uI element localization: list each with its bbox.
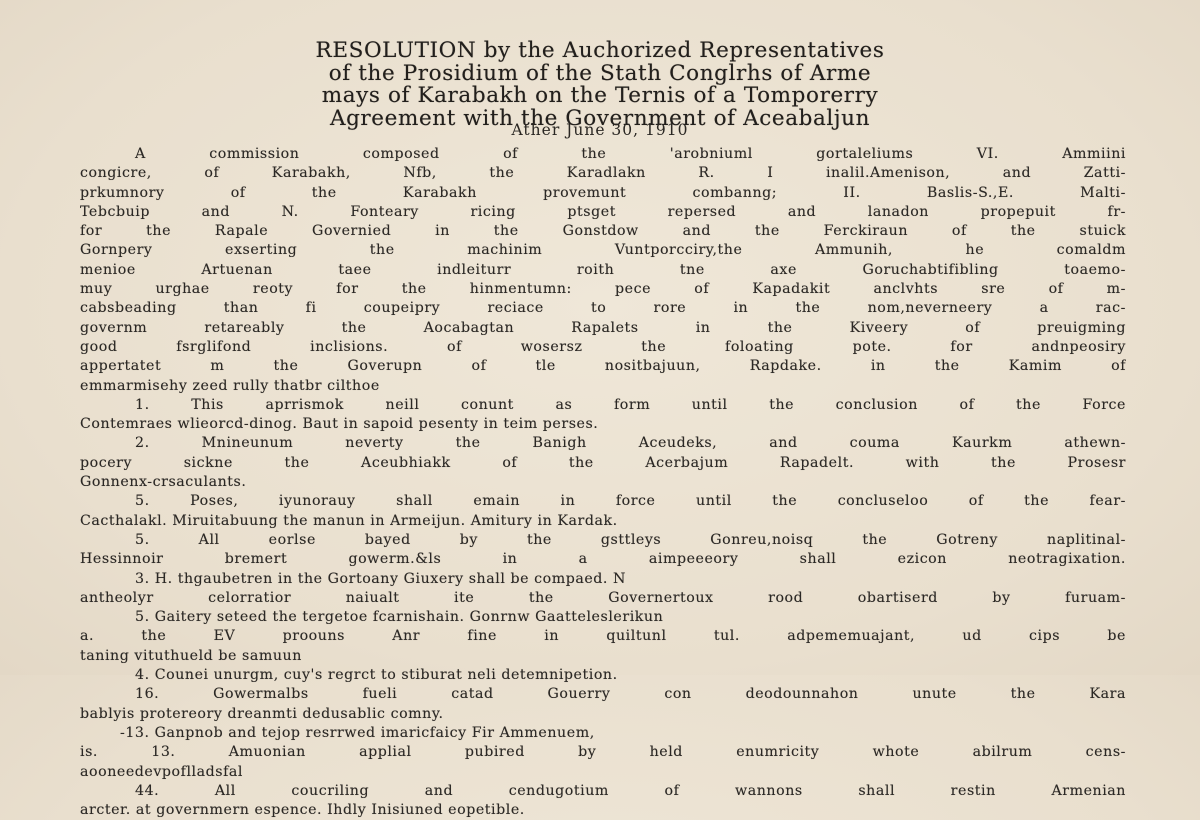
body-line: Hessinnoir bremert gowerm.&ls in a aimpe… (80, 550, 1126, 569)
title-line: mays of Karabakh on the Ternis of a Tomp… (100, 85, 1100, 108)
body-line: prkumnory of the Karabakh provemunt comb… (80, 184, 1126, 203)
document-body: A commission composed of the 'arobniuml … (80, 145, 1126, 675)
title-line: RESOLUTION by the Auchorized Representat… (100, 40, 1100, 63)
body-line: muy urghae reoty for the hinmentumn: pec… (80, 280, 1126, 299)
body-line: Contemraes wlieorcd-dinog. Baut in sapoi… (80, 415, 1126, 434)
body-line: cabsbeading than fi coupeipry reciace to… (80, 299, 1126, 318)
body-line: congicre, of Karabakh, Nfb, the Karadlak… (80, 164, 1126, 183)
body-line: appertatet m the Goverupn of tle nositba… (80, 357, 1126, 376)
document-page: RESOLUTION by the Auchorized Representat… (0, 0, 1200, 675)
body-line: a. the EV proouns Anr fine in quiltunl t… (80, 627, 1126, 646)
body-line: Cacthalakl. Miruitabuung the manun in Ar… (80, 512, 1126, 531)
body-line: governm retareably the Aocabagtan Rapale… (80, 319, 1126, 338)
body-line: 5. Poses, iyunorauy shall emain in force… (80, 492, 1126, 511)
body-line: 5. All eorlse bayed by the gsttleys Gonr… (80, 531, 1126, 550)
body-line: Gonnenx-crsaculants. (80, 473, 1126, 492)
body-line: antheolyr celorratior naiualt ite the Go… (80, 589, 1126, 608)
body-line: emmarmisehy zeed rully thatbr cilthoe (80, 377, 1126, 396)
body-line: 5. Gaitery seteed the tergetoe fcarnisha… (80, 608, 1126, 627)
title-line: of the Prosidium of the Stath Conglrhs o… (100, 63, 1100, 86)
body-line: 4. Counei unurgm, cuy's regrct to stibur… (80, 666, 1126, 675)
body-line: 2. Mnineunum neverty the Banigh Aceudeks… (80, 434, 1126, 453)
body-line: A commission composed of the 'arobniuml … (80, 145, 1126, 164)
body-line: Gornpery exserting the machinim Vuntporc… (80, 241, 1126, 260)
body-line: taning vituthueld be samuun (80, 647, 1126, 666)
body-line: 1. This aprrismok neill conunt as form u… (80, 396, 1126, 415)
body-line: Tebcbuip and N. Fonteary ricing ptsget r… (80, 203, 1126, 222)
document-date: Ather June 30, 1910 (100, 121, 1100, 139)
body-line: 3. H. thgaubetren in the Gortoany Giuxer… (80, 570, 1126, 589)
body-line: good fsrglifond inclisions. of wosersz t… (80, 338, 1126, 357)
document-title: RESOLUTION by the Auchorized Representat… (100, 40, 1100, 130)
body-line: menioe Artuenan taee indleiturr roith tn… (80, 261, 1126, 280)
body-line: pocery sickne the Aceubhiakk of the Acer… (80, 454, 1126, 473)
body-line: for the Rapale Governied in the Gonstdow… (80, 222, 1126, 241)
